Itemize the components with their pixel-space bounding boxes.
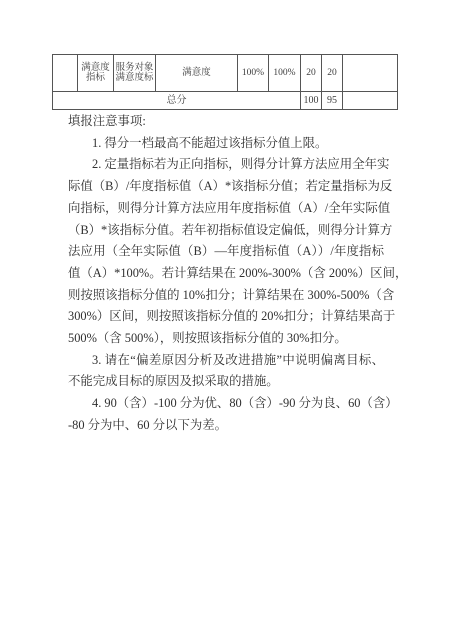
- cell-target-value: 100%: [238, 55, 269, 92]
- notes-line: 3. 请在“偏差原因分析及改进措施”中说明偏离目标、: [68, 350, 384, 372]
- notes-line: 则按照该指标分值的 10%扣分；计算结果在 300%-500%（含: [68, 285, 384, 307]
- notes-line: 向指标，则得分计算方法应用年度指标值（A）/全年实际值: [68, 198, 384, 220]
- cell-actual-value: 100%: [269, 55, 301, 92]
- notes-line: -80 分为中、60 分以下为差。: [68, 415, 384, 437]
- category-line1: 满意度: [78, 63, 113, 74]
- cell-indicator-name: 满意度: [156, 55, 238, 92]
- cell-score-actual: 20: [322, 55, 343, 92]
- notes-line: 4. 90（含）-100 分为优、80（含）-90 分为良、60（含）: [68, 393, 384, 415]
- score-table: 满意度 指标 服务对象 满意度标 满意度 100% 100% 20 20 总分 …: [52, 54, 398, 110]
- cell-total-label: 总分: [53, 92, 301, 110]
- notes-line: （B）*该指标分值。若年初指标值设定偏低，则得分计算方: [68, 220, 384, 242]
- cell-total-score-actual: 95: [322, 92, 343, 110]
- cell-total-remark: [343, 92, 398, 110]
- notes-line: 300%）区间，则按照该指标分值的 20%扣分；计算结果高于: [68, 306, 384, 328]
- cell-total-score-full: 100: [301, 92, 322, 110]
- notes-title: 填报注意事项:: [68, 111, 384, 133]
- notes-line: 不能完成目标的原因及拟采取的措施。: [68, 371, 384, 393]
- cell-remark: [343, 55, 398, 92]
- notes-line: 1. 得分一档最高不能超过该指标分值上限。: [68, 133, 384, 155]
- cell-score-full: 20: [301, 55, 322, 92]
- notes-line: 500%（含 500%），则按照该指标分值的 30%扣分。: [68, 328, 384, 350]
- table-row-total: 总分 100 95: [53, 92, 398, 110]
- notes-line: 际值（B）/年度指标值（A）*该指标分值；若定量指标为反: [68, 176, 384, 198]
- subcategory-line2: 满意度标: [114, 73, 155, 84]
- notes-line: 法应用（全年实际值（B）—年度指标值（A））/年度指标: [68, 241, 384, 263]
- cell-blank: [53, 55, 78, 92]
- subcategory-line1: 服务对象: [114, 63, 155, 74]
- notes-line: 2. 定量指标若为正向指标，则得分计算方法应用全年实: [68, 154, 384, 176]
- document-page: 满意度 指标 服务对象 满意度标 满意度 100% 100% 20 20 总分 …: [0, 0, 451, 638]
- cell-subcategory: 服务对象 满意度标: [114, 55, 156, 92]
- table-row-indicator: 满意度 指标 服务对象 满意度标 满意度 100% 100% 20 20: [53, 55, 398, 92]
- notes-line: 值（A）*100%。若计算结果在 200%-300%（含 200%）区间，: [68, 263, 384, 285]
- category-line2: 指标: [78, 73, 113, 84]
- cell-category: 满意度 指标: [78, 55, 114, 92]
- notes-section: 填报注意事项: 1. 得分一档最高不能超过该指标分值上限。 2. 定量指标若为正…: [68, 111, 384, 437]
